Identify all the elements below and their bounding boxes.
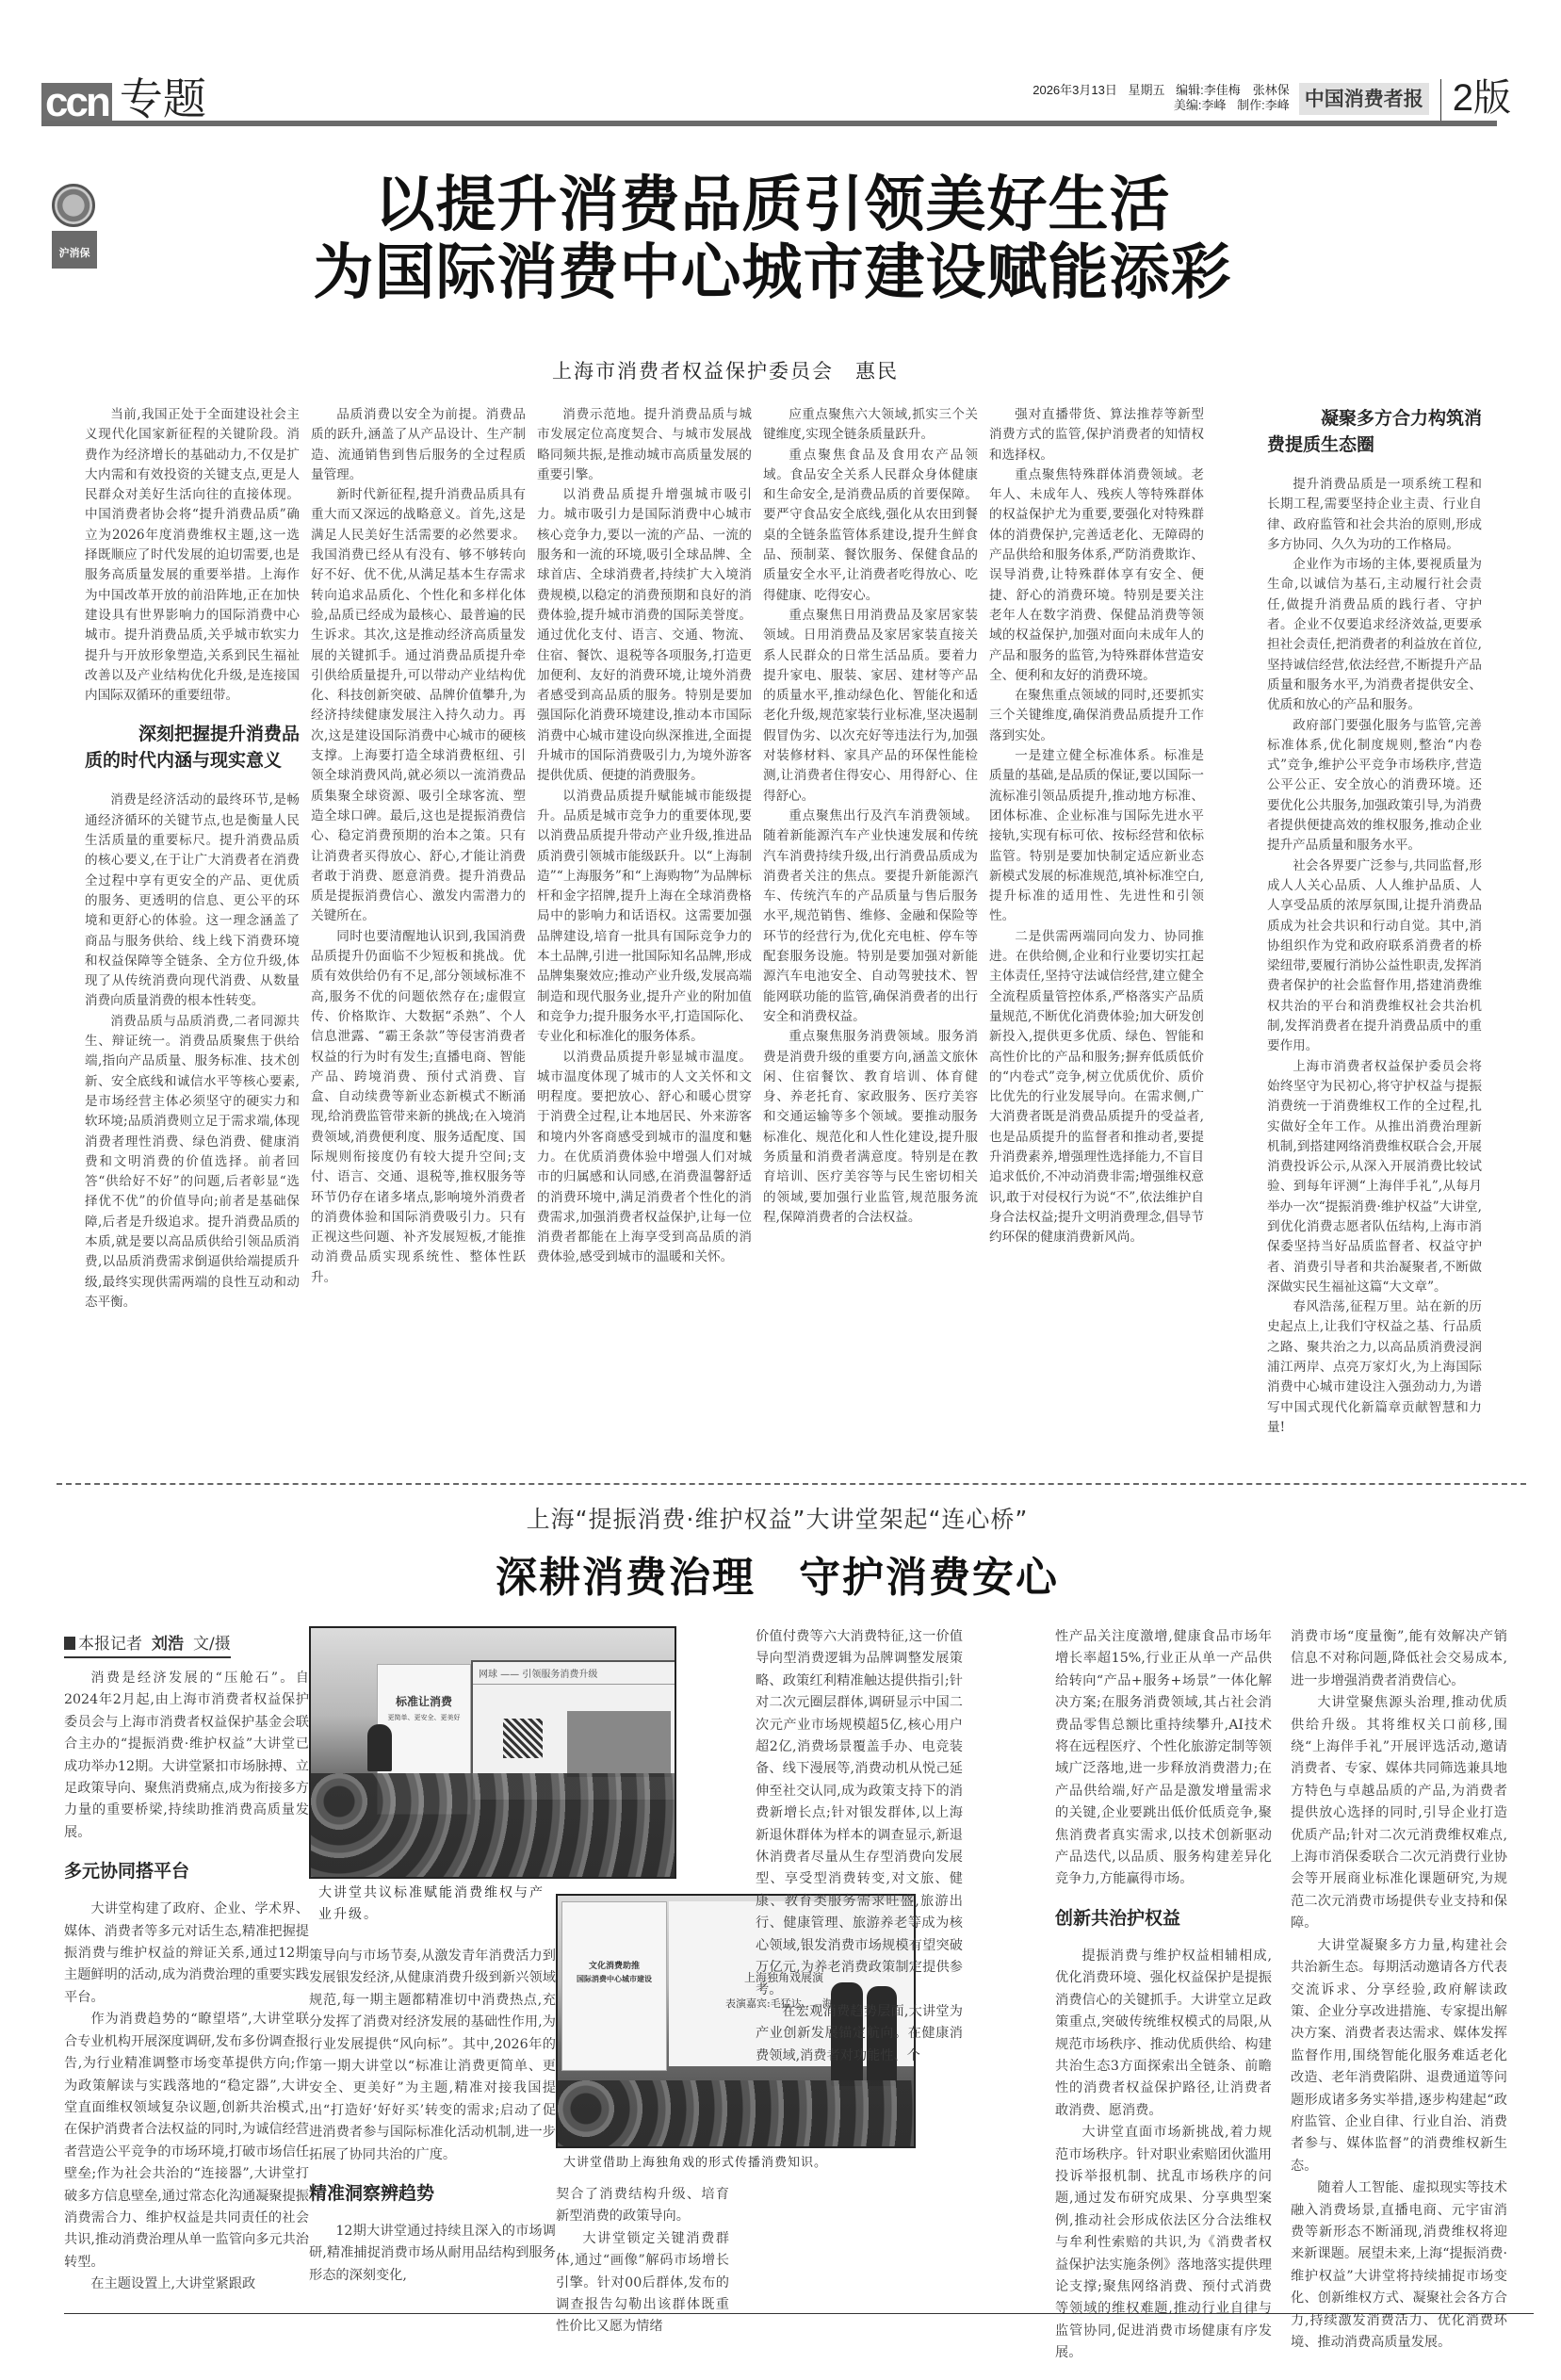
banner-line-1: 文化消费助推	[562, 1959, 666, 1971]
article-column-4: 应重点聚焦六大领域,抓实三个关键维度,实现全链条质量跃升。 重点聚焦食品及食用农…	[763, 405, 978, 1228]
masthead-divider	[1440, 79, 1441, 122]
bottom-article-body: 消费是经济发展的“压舱石”。自2024年2月起,由上海市消费者权益保护委员会与上…	[57, 1668, 1554, 2365]
paragraph: 二是供需两端同向发力、协同推进。在供给侧,企业和行业要切实扛起主体责任,坚持守法…	[989, 927, 1204, 1248]
article-column-5: 强对直播带货、算法推荐等新型消费方式的监管,保护消费者的知情权和选择权。 重点聚…	[989, 405, 1204, 1247]
headline-line-2: 为国际消费中心城市建设赋能添彩	[132, 239, 1413, 307]
section-title: 专题	[120, 75, 206, 122]
bottom-column-2: 策导向与市场节奏,从激发青年消费活力到发展银发经济,从健康消费升级到新兴领域规范…	[309, 1946, 556, 2287]
photo-2-caption: 大讲堂借助上海独角戏的形式传播消费知识。	[563, 2152, 921, 2174]
paragraph: 作为消费趋势的“瞭望塔”,大讲堂联合专业机构开展深度调研,发布多份调查报告,为行…	[64, 2009, 309, 2274]
article-separator	[57, 1483, 1526, 1485]
article-kicker: 上海“提振消费·维护权益”大讲堂架起“连心桥”	[283, 1501, 1272, 1535]
paragraph: 消费是经济活动的最终环节,是畅通经济循环的关键节点,也是衡量人民生活质量的重要标…	[85, 791, 300, 1011]
paragraph: 策导向与市场节奏,从激发青年消费活力到发展银发经济,从健康消费升级到新兴领域规范…	[309, 1946, 556, 2166]
badge-label: 沪消保	[52, 231, 97, 269]
art-editor: 美编:李峰	[1174, 98, 1227, 112]
bottom-column-3: 契合了消费结构升级、培育新型消费的政策导向。 大讲堂锁定关键消费群体,通过“画像…	[556, 2184, 729, 2339]
paragraph: 在聚焦重点领域的同时,还要抓实三个关键维度,确保消费品质提升工作落到实处。	[989, 686, 1204, 746]
bottom-column-1: 消费是经济发展的“压舱石”。自2024年2月起,由上海市消费者权益保护委员会与上…	[64, 1668, 309, 2296]
article-headline: 以提升消费品质引领美好生活 为国际消费中心城市建设赋能添彩	[132, 171, 1413, 307]
event-banner: 文化消费助推 国际消费中心城市建设	[561, 1901, 667, 2071]
section-heading: 创新共治护权益	[1055, 1906, 1272, 1931]
headline-line-1: 以提升消费品质引领美好生活	[132, 171, 1413, 239]
paragraph: 强对直播带货、算法推荐等新型消费方式的监管,保护消费者的知情权和选择权。	[989, 405, 1204, 465]
speaker-figure	[367, 1724, 392, 1771]
paragraph: 重点聚焦食品及食用农产品领域。食品安全关系人民群众身体健康和生命安全,是消费品质…	[763, 446, 978, 606]
paragraph: 在主题设置上,大讲堂紧跟政	[64, 2274, 309, 2295]
paragraph: 企业作为市场的主体,要视质量为生命,以诚信为基石,主动履行社会责任,做提升消费品…	[1267, 555, 1482, 715]
paragraph: 重点聚焦特殊群体消费领域。老年人、未成年人、残疾人等特殊群体的权益保护尤为重要,…	[989, 465, 1204, 686]
ccn-logo: ccn	[41, 83, 112, 122]
paragraph: 以消费品质提升增强城市吸引力。城市吸引力是国际消费中心城市核心竞争力,要以一流的…	[537, 485, 752, 786]
reporter-suffix: 文/摄	[193, 1635, 231, 1654]
masthead-info: 2026年3月13日 星期五 编辑:李佳梅 张林保 美编:李峰 制作:李峰 中国…	[1025, 79, 1511, 122]
page-number: 2版	[1453, 79, 1511, 117]
audience	[558, 2080, 914, 2146]
paragraph: 品质消费以安全为前提。消费品质的跃升,涵盖了从产品设计、生产制造、流通销售到售后…	[311, 405, 526, 485]
paragraph: 以消费品质提升彰显城市温度。城市温度体现了城市的人文关怀和文明程度。要把放心、舒…	[537, 1048, 752, 1268]
paragraph: 重点聚焦出行及汽车消费领域。随着新能源汽车产业快速发展和传统汽车消费持续升级,出…	[763, 807, 978, 1027]
reporter-credit: 本报记者刘浩文/摄	[64, 1630, 231, 1658]
paragraph: 大讲堂直面市场新挑战,着力规范市场秩序。针对职业索赔团伙滥用投诉举报机制、扰乱市…	[1055, 2122, 1272, 2364]
paragraph: 同时也要清醒地认识到,我国消费品质提升仍面临不少短板和挑战。优质有效供给仍有不足…	[311, 927, 526, 1288]
paragraph: 社会各界要广泛参与,共同监督,形成人人关心品质、人人维护品质、人人享受品质的浓厚…	[1267, 856, 1482, 1057]
bottom-column-6: 消费市场“度量衡”,能有效解决产销信息不对称问题,降低社会交易成本,进一步增强消…	[1291, 1626, 1507, 2354]
reporter-name: 刘浩	[152, 1635, 184, 1654]
top-article-body: 当前,我国正处于全面建设社会主义现代化国家新征程的关键阶段。消费作为经济增长的基…	[85, 405, 1545, 1394]
paragraph: 在宏观消费趋势层面,大讲堂为产业创新发展锚定航向。在健康消费领域,消费者对功能性…	[756, 2001, 963, 2067]
masthead: ccn 专题 2026年3月13日 星期五 编辑:李佳梅 张林保 美编:李峰 制…	[41, 66, 1511, 126]
paragraph: 大讲堂构建了政府、企业、学术界、媒体、消费者等多元对话生态,精准把握提振消费与维…	[64, 1899, 309, 2009]
screen-title: 网球 —— 引领服务消费升级	[473, 1662, 676, 1685]
masthead-rule	[41, 121, 1497, 126]
section-logo: ccn 专题	[41, 75, 206, 122]
banner-slogan: 标准让消费	[378, 1693, 470, 1709]
paragraph: 消费市场“度量衡”,能有效解决产销信息不对称问题,降低社会交易成本,进一步增强消…	[1291, 1626, 1507, 1692]
paragraph: 以消费品质提升赋能城市能级提升。品质是城市竞争力的重要体现,要以消费品质提升带动…	[537, 787, 752, 1048]
section-heading: 多元协同搭平台	[64, 1859, 309, 1883]
bottom-column-5: 性产品关注度激增,健康食品市场年增长率超15%,行业正从单一产品供给转向“产品+…	[1055, 1626, 1272, 2365]
paragraph: 当前,我国正处于全面建设社会主义现代化国家新征程的关键阶段。消费作为经济增长的基…	[85, 405, 300, 706]
paragraph: 重点聚焦日用消费品及家居家装领域。日用消费品及家居家装直接关系人民群众的日常生活…	[763, 606, 978, 807]
section-heading: 凝聚多方合力构筑消费提质生态圈	[1267, 405, 1482, 458]
editors: 编辑:李佳梅 张林保	[1176, 83, 1290, 97]
paragraph: 提升消费品质是一项系统工程和长期工程,需要坚持企业主责、行业自律、政府监管和社会…	[1267, 475, 1482, 555]
paragraph: 上海市消费者权益保护委员会将始终坚守为民初心,将守护权益与提振消费统一于消费维权…	[1267, 1057, 1482, 1298]
paragraph: 提振消费与维护权益相辅相成,优化消费环境、强化权益保护是提振消费信心的关键抓手。…	[1055, 1946, 1272, 2122]
lecture-photo-1: 标准让消费 更简单、更安全、更美好 网球 —— 引领服务消费升级	[309, 1626, 676, 1879]
paragraph: 大讲堂锁定关键消费群体,通过“画像”解码市场增长引擎。针对00后群体,发布的调查…	[556, 2228, 729, 2339]
paragraph: 春风浩荡,征程万里。站在新的历史起点上,让我们守权益之基、行品质之路、聚共治之力…	[1267, 1297, 1482, 1438]
issue-meta: 2026年3月13日 星期五 编辑:李佳梅 张林保 美编:李峰 制作:李峰	[1025, 83, 1290, 113]
slide-photo	[567, 1711, 671, 1777]
article-column-6: 凝聚多方合力构筑消费提质生态圈 提升消费品质是一项系统工程和长期工程,需要坚持企…	[1267, 405, 1482, 1438]
paragraph: 大讲堂凝聚多方力量,构建社会共治新生态。每期活动邀请各方代表交流诉求、分享经验,…	[1291, 1935, 1507, 2177]
paragraph: 新时代新征程,提升消费品质具有重大而又深远的战略意义。首先,这是满足人民美好生活…	[311, 485, 526, 927]
banner-subtitle: 更简单、更安全、更美好	[378, 1713, 470, 1722]
paragraph: 重点聚焦服务消费领域。服务消费是消费升级的重要方向,涵盖文旅休闲、住宿餐饮、教育…	[763, 1027, 978, 1228]
paragraph: 政府部门要强化服务与监管,完善标准体系,优化制度规则,整治“内卷式”竞争,维护公…	[1267, 716, 1482, 856]
section-heading: 深刻把握提升消费品质的时代内涵与现实意义	[85, 721, 300, 774]
paragraph: 消费示范地。提升消费品质与城市发展定位高度契合、与城市发展战略同频共振,是推动城…	[537, 405, 752, 485]
consumer-council-logo: 沪消保	[52, 184, 97, 272]
newspaper-name: 中国消费者报	[1299, 83, 1429, 115]
article-headline-2: 深耕消费治理 守护消费安心	[188, 1543, 1366, 1604]
paragraph: 消费品质与品质消费,二者同源共生、辩证统一。消费品质聚焦于供给端,指向产品质量、…	[85, 1012, 300, 1312]
paragraph: 一是建立健全标准体系。标准是质量的基础,是品质的保证,要以国际一流标准引领品质提…	[989, 746, 1204, 927]
article-column-3: 消费示范地。提升消费品质与城市发展定位高度契合、与城市发展战略同频共振,是推动城…	[537, 405, 752, 1268]
globe-emblem-icon	[52, 184, 95, 227]
producer: 制作:李峰	[1237, 98, 1290, 112]
paragraph: 12期大讲堂通过持续且深入的市场调研,精准捕捉消费市场从耐用品结构到服务形态的深…	[309, 2221, 556, 2287]
issue-date: 2026年3月13日	[1033, 83, 1117, 97]
paragraph: 契合了消费结构升级、培育新型消费的政策导向。	[556, 2184, 729, 2228]
page-bottom-rule	[64, 2313, 1534, 2314]
photo-1-caption: 大讲堂共议标准赋能消费维权与产业升级。	[318, 1883, 554, 1926]
reporter-prefix: 本报记者	[78, 1635, 142, 1654]
article-byline: 上海市消费者权益保护委员会 惠民	[396, 356, 1055, 384]
qr-code-icon	[503, 1719, 543, 1758]
article-column-1: 当前,我国正处于全面建设社会主义现代化国家新征程的关键阶段。消费作为经济增长的基…	[85, 405, 300, 1312]
paragraph: 随着人工智能、虚拟现实等技术融入消费场景,直播电商、元宇宙消费等新形态不断涌现,…	[1291, 2177, 1507, 2354]
section-heading: 精准洞察辨趋势	[309, 2181, 556, 2206]
issue-weekday: 星期五	[1128, 83, 1164, 97]
paragraph: 性产品关注度激增,健康食品市场年增长率超15%,行业正从单一产品供给转向“产品+…	[1055, 1626, 1272, 1891]
audience	[311, 1773, 675, 1877]
bottom-column-4: 价值付费等六大消费特征,这一价值导向型消费逻辑为品牌调整发展策略、政策红利精准触…	[756, 1626, 963, 2067]
paragraph: 大讲堂聚焦源头治理,推动优质供给升级。其将维权关口前移,围绕“上海伴手礼”开展评…	[1291, 1692, 1507, 1934]
paragraph: 应重点聚焦六大领域,抓实三个关键维度,实现全链条质量跃升。	[763, 405, 978, 446]
article-column-2: 品质消费以安全为前提。消费品质的跃升,涵盖了从产品设计、生产制造、流通销售到售后…	[311, 405, 526, 1288]
square-bullet-icon	[64, 1637, 75, 1650]
banner-line-2: 国际消费中心城市建设	[562, 1974, 666, 1984]
paragraph: 价值付费等六大消费特征,这一价值导向型消费逻辑为品牌调整发展策略、政策红利精准触…	[756, 1626, 963, 2001]
paragraph: 消费是经济发展的“压舱石”。自2024年2月起,由上海市消费者权益保护委员会与上…	[64, 1668, 309, 1844]
